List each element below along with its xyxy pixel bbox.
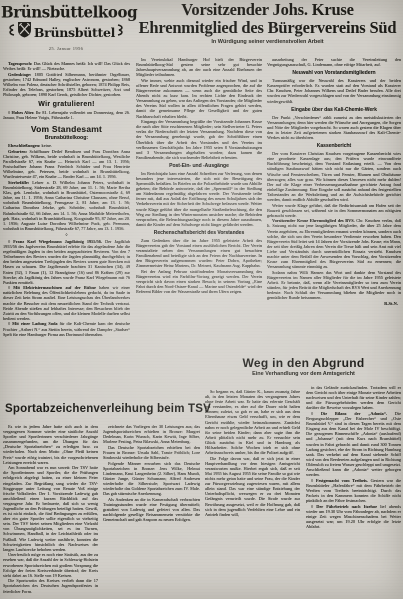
column-subheading: Neuwahl von Vorstandsmitgliedern bbox=[267, 70, 401, 76]
paragraph: ◊ Der Fährbetrieb nach Itzehoe lief aben… bbox=[306, 504, 401, 529]
court-article-title: Weg in den Abgrund bbox=[204, 356, 403, 370]
paragraph: Unerfreulich möge es noch eine Statistik… bbox=[3, 552, 98, 577]
column-subheading: Wir gratulieren! bbox=[3, 101, 130, 108]
paragraph: Am Sonnabend war es nun soweit: Der TSV … bbox=[3, 465, 98, 552]
court-article-subtitle: Eine Verhandlung vor dem Amtsgericht bbox=[204, 371, 403, 377]
headline-line-2: Ehrenmitglied des Bürgervereins Süd bbox=[139, 18, 397, 37]
paragraph: ◊ Mit Elektrisiermaschinen auf der Bühne… bbox=[3, 285, 130, 321]
paragraph: So begann es, daß Günter K., kaum zwanzi… bbox=[205, 389, 300, 455]
paragraph: ◊ Festgemacht vom Treibeis. Gestern war … bbox=[306, 478, 401, 503]
paragraph: Im Berichtsjahr kam eine Anzahl Schreibe… bbox=[136, 171, 262, 227]
paragraph: Im Vereinslokal Hamburger Hof hielt der … bbox=[136, 57, 262, 77]
article-column-2: ausarbeitung der Feier suchte die Verein… bbox=[267, 57, 401, 355]
paragraph: ◊ Die Bilanz der „Adonia“. Die Bergungss… bbox=[306, 411, 401, 477]
paragraph: Vorsitzender Kruse Ehrenmitglied des BVS… bbox=[267, 218, 401, 269]
paragraph: Der vom Kassierer Christian Knudsen vorg… bbox=[267, 151, 401, 202]
main-headline: Vorsitzender Johs. KruseEhrenmitglied de… bbox=[132, 1, 403, 37]
sport-column-1: Es wie in jedem Jahre hatte sich auch in… bbox=[3, 424, 98, 597]
paragraph: Wie immer, wehte auch diesmal wieder ein… bbox=[136, 78, 262, 119]
column-subheading: Kassenbericht bbox=[267, 143, 401, 149]
column-subheading: Brunsbüttelkoog: bbox=[3, 135, 130, 141]
left-news-column: Tagesspruch: Das Glück des Mannes heißt:… bbox=[3, 61, 130, 398]
author-initials: R.St.N. bbox=[267, 301, 401, 306]
issue-date: 25. Januar 1956 bbox=[1, 46, 131, 51]
paragraph: Weiter wurde Klage geführt, daß die Bedü… bbox=[267, 203, 401, 218]
court-article-column: So begann es, daß Günter K., kaum zwanzi… bbox=[205, 389, 300, 539]
column-subheading: Eingabe über das Kali-Chemie-Werk bbox=[267, 107, 401, 113]
masthead-subtitle-row: Brünsbüttel bbox=[1, 21, 131, 43]
paragraph: ausarbeitung der Feier suchte die Verein… bbox=[267, 57, 401, 67]
sport-article-title: Sportabzeichenverleihung beim TSV bbox=[2, 403, 214, 415]
ornament-divider: ◊ bbox=[3, 232, 130, 237]
headline-line-1: Vorsitzender Johs. Kruse bbox=[181, 0, 354, 19]
column-subheading: Post-Ein- und -Ausgänge bbox=[136, 163, 262, 169]
paragraph: Die Folge davon war, daß er sich jetzt i… bbox=[205, 456, 300, 517]
paragraph: Das Deutsche Sportabzeichen erhielten be… bbox=[103, 445, 200, 460]
masthead-title: Brünsbüttelkoog bbox=[1, 2, 131, 21]
paragraph: ◊ Mit einer Ladung Soda für die Kali-Che… bbox=[3, 321, 130, 336]
paragraph: Eingangs der Versammlung begrüßte der Vo… bbox=[136, 119, 262, 160]
sport-column-2: zeichnete das Vorliegen der 30 Leistunge… bbox=[103, 424, 200, 552]
masthead: Brünsbüttelkoog Brünsbüttel 25. Januar 1… bbox=[1, 3, 131, 51]
paragraph: Sodann nahm Willi Hansen das Wort und da… bbox=[267, 270, 401, 301]
masthead-ornament-left-icon bbox=[8, 23, 15, 41]
paragraph: Es wie in jedem Jahre hatte sich auch in… bbox=[3, 424, 98, 465]
paragraph: ◊ Franz Karl Wiegelmann Jagdkönig 1955/5… bbox=[3, 239, 130, 285]
column-subheading: Rechenschaftsbericht des Vorstandes bbox=[136, 230, 262, 236]
court-article-header: Weg in den Abgrund Eine Verhandlung vor … bbox=[204, 356, 403, 377]
paragraph: Tagesspruch: Das Glück des Mannes heißt:… bbox=[3, 61, 130, 71]
paragraph: Der Punkt „Verschiedenes“ zählt zumeist … bbox=[267, 115, 401, 140]
masthead-ornament-right-icon bbox=[117, 23, 124, 41]
column-subheading: Vom Standesamt bbox=[3, 124, 130, 134]
paragraph: Geburten: Schiffbauer Detlef Bendixen un… bbox=[3, 149, 130, 180]
paragraph: Turnusmäßig war die Neuwahl des Kassiere… bbox=[267, 78, 401, 103]
newspaper-page: Brünsbüttelkoog Brünsbüttel 25. Januar 1… bbox=[0, 0, 403, 599]
paragraph: Folgende Männer erwarben sich das Deutsc… bbox=[103, 461, 200, 497]
paragraph: ◊ Hohes Alter. Ihr 81. Lebensjahr vollen… bbox=[3, 110, 130, 120]
paragraph: Als Andenken an die in Kameradschaft ver… bbox=[103, 497, 200, 522]
news-briefs-column: in das Gelände zurückzufinden. Trotzdem … bbox=[306, 385, 401, 537]
paragraph: in das Gelände zurückzufinden. Trotzdem … bbox=[306, 385, 401, 410]
paragraph: Zum Gedenken über die im Jahre 1955 gele… bbox=[136, 238, 262, 269]
masthead-subtitle: Brünsbüttel bbox=[34, 25, 115, 40]
paragraph: Eheschließungen: keine. bbox=[3, 143, 130, 148]
paragraph: Sterbefälle: Lehrer a. D. Wilhelm Johann… bbox=[3, 180, 130, 231]
article-column-1: Im Vereinslokal Hamburger Hof hielt der … bbox=[136, 57, 262, 391]
masthead-crest-icon bbox=[17, 21, 32, 43]
paragraph: Gedenktage: 1805 Gottfried Silbermann, b… bbox=[3, 72, 130, 97]
paragraph: Die Sportwartin des Kreises verlieh dann… bbox=[3, 578, 98, 593]
paragraph: Bei der Anfang Februar stattfindenden Mo… bbox=[136, 269, 262, 294]
headline-subtitle: In Würdigung seiner verdienstvollen Arbe… bbox=[132, 39, 403, 45]
paragraph: zeichnete das Vorliegen der 30 Leistunge… bbox=[103, 424, 200, 444]
lead-article-header: Vorsitzender Johs. KruseEhrenmitglied de… bbox=[132, 1, 403, 45]
